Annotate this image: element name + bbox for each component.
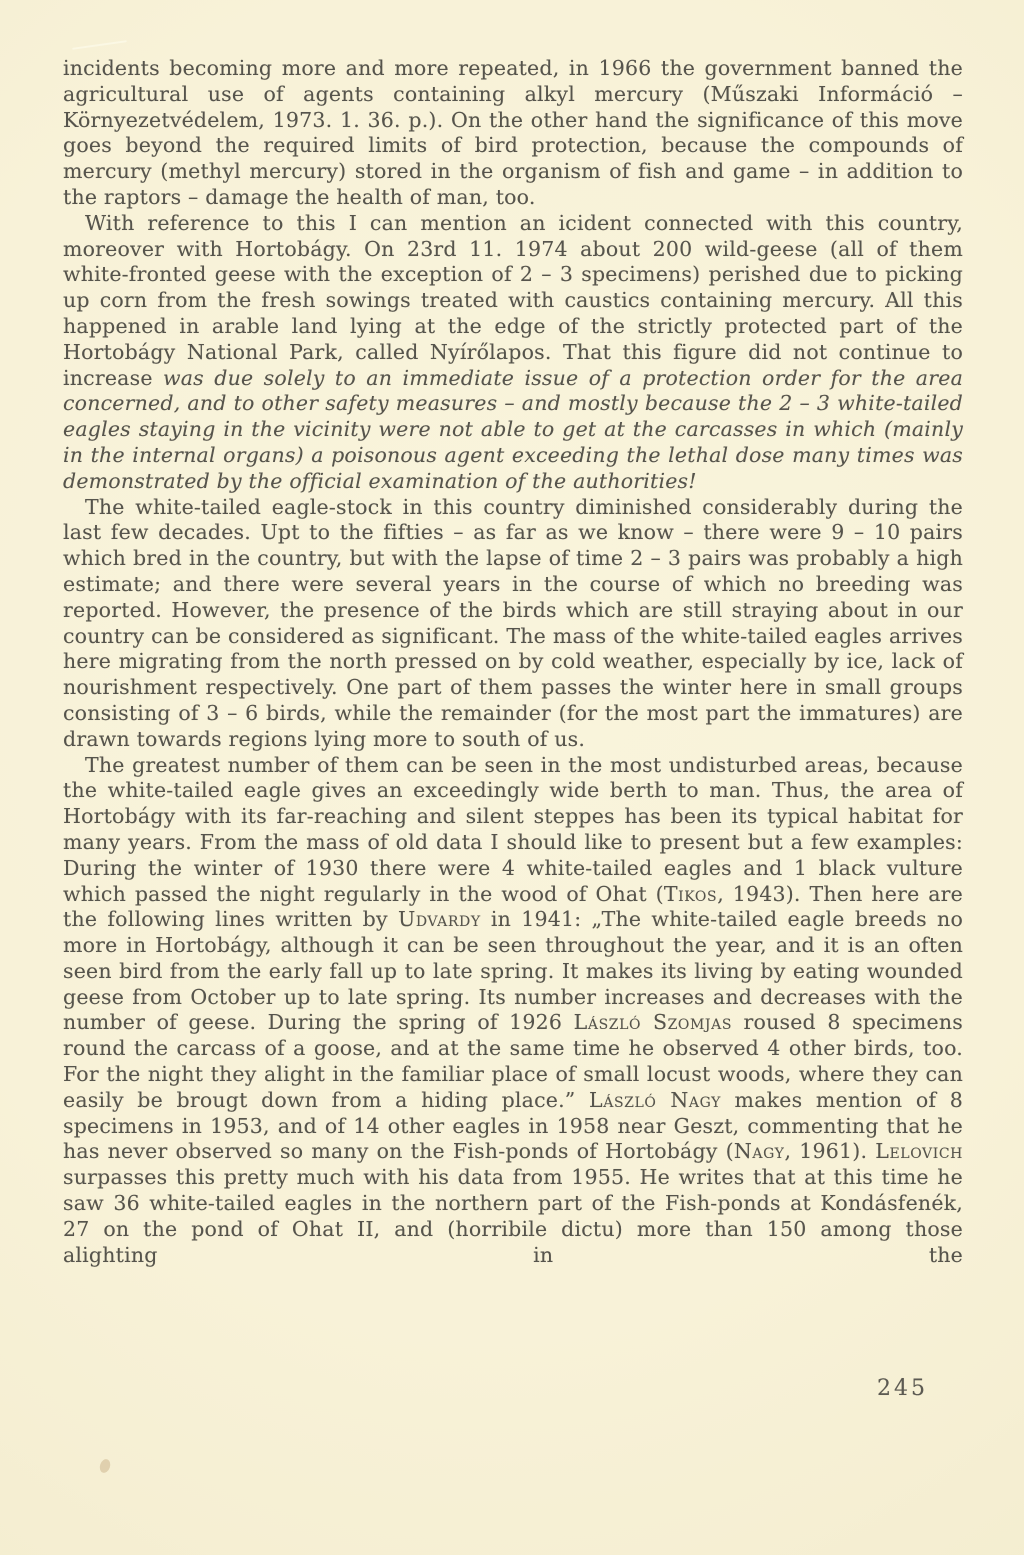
paper-scratch-mark (72, 40, 127, 50)
text-run: , 1961). (785, 1139, 876, 1163)
text-block: incidents becoming more and more repeate… (63, 56, 963, 1268)
author-name: Nagy (734, 1139, 785, 1163)
page-number: 245 (63, 1376, 928, 1401)
book-page: incidents becoming more and more repeate… (0, 0, 1024, 1555)
text-run: surpasses this pretty much with his data… (63, 1165, 963, 1266)
author-name: Udvardy (398, 907, 481, 931)
text-run: incidents becoming more and more repeate… (63, 56, 963, 209)
paragraph: With reference to this I can mention an … (63, 211, 963, 495)
author-name: Tikos (664, 882, 717, 906)
emphasized-text: was due solely to an immediate issue of … (63, 366, 963, 493)
paper-speck (98, 1458, 112, 1474)
author-name: László Szomjas (574, 1010, 732, 1034)
text-run: With reference to this I can mention an … (63, 211, 963, 390)
paragraph: The greatest number of them can be seen … (63, 753, 963, 1269)
author-name: Lelovich (875, 1139, 963, 1163)
paragraph: The white-tailed eagle-stock in this cou… (63, 495, 963, 753)
text-run: The white-tailed eagle-stock in this cou… (63, 495, 963, 751)
author-name: László Nagy (589, 1088, 721, 1112)
paragraph: incidents becoming more and more repeate… (63, 56, 963, 211)
